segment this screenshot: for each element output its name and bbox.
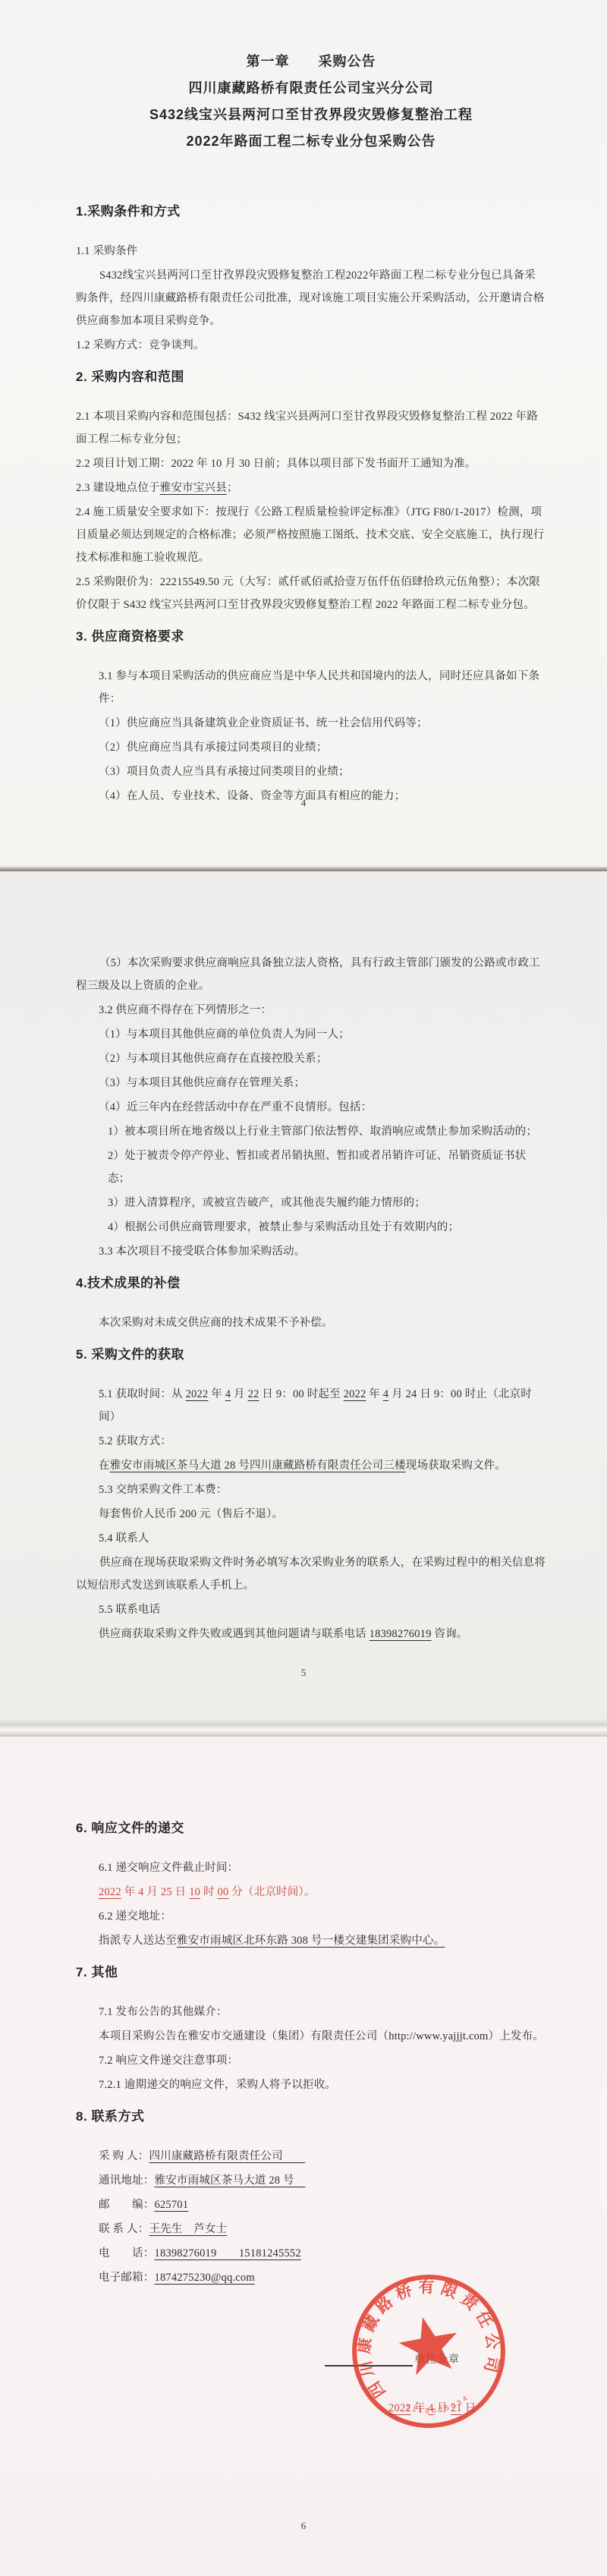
company-seal: 四川康藏路桥有限责任公司 5118025034 <box>349 2272 508 2431</box>
text-line: 6.1 递交响应文件截止时间： <box>76 1856 546 1879</box>
text-line: （1）供应商应当具备建筑业企业资质证书、统一社会信用代码等； <box>76 712 546 735</box>
text-line: 3.3 本次项目不接受联合体参加采购活动。 <box>76 1240 546 1263</box>
text-line: 邮 编：625701 <box>76 2193 546 2216</box>
text-line: 4）根据公司供应商管理要求，被禁止参与采购活动且处于有效期内的； <box>76 1216 546 1239</box>
underlined-text: 22 <box>248 1388 259 1400</box>
underlined-text: 四川康藏路桥有限责任公司 <box>149 2150 305 2162</box>
text-span: 联 系 人： <box>99 2223 149 2235</box>
text-line: 3）进入清算程序，或被宣告破产，或其他丧失履约能力情形的； <box>76 1192 546 1214</box>
text-span: 日 9：00 时起至 <box>259 1388 343 1400</box>
text-span: ； <box>227 482 238 494</box>
document-title-line: 四川康藏路桥有限责任公司宝兴分公司 <box>76 75 546 102</box>
text-line: 5.1 获取时间：从 2022 年 4 月 22 日 9：00 时起至 2022… <box>76 1383 546 1428</box>
text-line: 本次采购对未成交供应商的技术成果不予补偿。 <box>76 1312 546 1334</box>
underlined-text: 1874275230@qq.com <box>155 2272 255 2284</box>
text-line: 5.3 交纳采购文件工本费： <box>76 1479 546 1501</box>
text-line: 2.3 建设地点位于雅安市宝兴县； <box>76 477 546 499</box>
text-line: （3）与本项目其他供应商存在管理关系； <box>76 1072 546 1094</box>
text-line: 2）处于被责令停产停业、暂扣或者吊销执照、暂扣或者吊销许可证、吊销资质证书状态； <box>76 1145 546 1190</box>
underlined-text: 10 <box>189 1886 200 1898</box>
text-line: 指派专人送达至雅安市雨城区北环东路 308 号一楼交建集团采购中心。 <box>76 1929 546 1952</box>
text-span: 电 话： <box>99 2247 155 2260</box>
text-line: （5）本次采购要求供应商响应具备独立法人资格，具有行政主管部门颁发的公路或市政工… <box>76 952 546 997</box>
text-span: 在 <box>99 1460 110 1472</box>
underlined-text: 2022 <box>344 1388 366 1400</box>
seal-star-icon <box>395 2312 463 2377</box>
section-heading: 6. 响应文件的递交 <box>76 1817 546 1840</box>
text-line: （4）近三年内在经营活动中存在严重不良情形。包括： <box>76 1096 546 1119</box>
text-line: 6.2 递交地址： <box>76 1905 546 1928</box>
text-line: 3.2 供应商不得存在下列情形之一： <box>76 999 546 1022</box>
scanned-procurement-announcement: { "pages": [ { "page_number": "4", "bloc… <box>0 0 607 2576</box>
text-span: 指派专人送达至 <box>99 1935 177 1947</box>
text-span: 2.3 建设地点位于 <box>76 482 160 494</box>
text-line: 2.5 采购限价为：22215549.50 元（大写：贰仟贰佰贰拾壹万伍仟伍佰肆… <box>76 571 546 616</box>
text-span: 年 <box>366 1388 382 1400</box>
text-span: 月 <box>231 1388 247 1400</box>
text-line: 通讯地址：雅安市雨城区茶马大道 28 号 <box>76 2169 546 2192</box>
section-heading: 1.采购条件和方式 <box>76 200 546 223</box>
text-span: 时 <box>200 1886 217 1898</box>
text-line: 本项目采购公告在雅安市交通建设（集团）有限责任公司（http://www.yaj… <box>76 2025 546 2048</box>
text-line: （2）与本项目其他供应商存在直接控股关系； <box>76 1047 546 1070</box>
underlined-text: 18398276019 15181245552 <box>155 2247 301 2260</box>
section-heading: 5. 采购文件的获取 <box>76 1343 546 1366</box>
page-content: 6. 响应文件的递交6.1 递交响应文件截止时间：2022 年 4 月 25 日… <box>0 1737 607 2289</box>
page-content: 第一章 采购公告四川康藏路桥有限责任公司宝兴分公司S432线宝兴县两河口至甘孜界… <box>0 0 607 808</box>
text-line: 在雅安市雨城区茶马大道 28 号四川康藏路桥有限责任公司三楼现场获取采购文件。 <box>76 1454 546 1477</box>
section-heading: 8. 联系方式 <box>76 2105 546 2128</box>
underlined-text: 雅安市宝兴县 <box>160 482 227 494</box>
text-span: 年 4 月 25 日 <box>121 1886 189 1898</box>
underlined-text: 雅安市雨城区茶马大道 28 号四川康藏路桥有限责任公司三楼 <box>110 1460 406 1472</box>
underlined-text: 625701 <box>155 2199 189 2211</box>
document-page-1: 第一章 采购公告四川康藏路桥有限责任公司宝兴分公司S432线宝兴县两河口至甘孜界… <box>0 0 607 871</box>
text-line: （3）项目负责人应当具有承接过同类项目的业绩； <box>76 761 546 783</box>
text-span: 电子邮箱： <box>99 2272 155 2284</box>
text-line: 供应商在现场获取采购文件时务必填写本次采购业务的联系人，在采购过程中的相关信息将… <box>76 1551 546 1597</box>
text-line: 每套售价人民币 200 元（售后不退）。 <box>76 1503 546 1526</box>
text-line: 1.2 采购方式：竞争谈判。 <box>76 334 546 357</box>
text-line: 2.1 本项目采购内容和范围包括：S432 线宝兴县两河口至甘孜界段灾毁修复整治… <box>76 405 546 451</box>
text-line: 电 话：18398276019 15181245552 <box>76 2242 546 2265</box>
page-number: 5 <box>0 1667 607 1679</box>
text-span: 5.1 获取时间：从 <box>99 1388 186 1400</box>
text-line: 2.2 项目计划工期：2022 年 10 月 30 日前；具体以项目部下发书面开… <box>76 452 546 475</box>
page-number: 4 <box>0 797 607 809</box>
text-line: 5.5 联系电话 <box>76 1598 546 1621</box>
text-span: 通讯地址： <box>99 2174 155 2187</box>
text-line: 1）被本项目所在地省级以上行业主管部门依法暂停、取消响应或禁止参加采购活动的； <box>76 1120 546 1143</box>
section-heading: 2. 采购内容和范围 <box>76 366 546 389</box>
document-title-line: S432线宝兴县两河口至甘孜界段灾毁修复整治工程 <box>76 102 546 128</box>
underlined-text: 2022 <box>186 1388 209 1400</box>
text-line: 5.2 获取方式： <box>76 1430 546 1453</box>
underlined-text: 王先生 芦女士 <box>149 2223 227 2235</box>
document-title-line: 2022年路面工程二标专业分包采购公告 <box>76 128 546 155</box>
text-line: 3.1 参与本项目采购活动的供应商应当是中华人民共和国境内的法人，同时还应具备如… <box>76 665 546 710</box>
text-line: 采 购 人：四川康藏路桥有限责任公司 <box>76 2145 546 2168</box>
text-line: 7.2.1 逾期递交的响应文件，采购人将予以拒收。 <box>76 2074 546 2096</box>
text-line: 7.2 响应文件递交注意事项： <box>76 2049 546 2072</box>
document-title-line: 第一章 采购公告 <box>76 49 546 75</box>
page-number: 6 <box>0 2520 607 2532</box>
text-line: 7.1 发布公告的其他媒介： <box>76 2001 546 2023</box>
text-span: 年 <box>208 1388 225 1400</box>
text-line: 1.1 采购条件 <box>76 240 546 263</box>
text-line: 联 系 人：王先生 芦女士 <box>76 2218 546 2241</box>
text-span: 分（北京时间）。 <box>228 1886 315 1898</box>
text-line: 供应商获取采购文件失败或遇到其他问题请与联系电话 18398276019 咨询。 <box>76 1623 546 1645</box>
document-page-2: （5）本次采购要求供应商响应具备独立法人资格，具有行政主管部门颁发的公路或市政工… <box>0 871 607 1737</box>
text-line: （1）与本项目其他供应商的单位负责人为同一人； <box>76 1023 546 1046</box>
section-heading: 3. 供应商资格要求 <box>76 625 546 648</box>
text-span: 采 购 人： <box>99 2150 149 2162</box>
text-span: 现场获取采购文件。 <box>406 1460 506 1472</box>
document-page-3: 6. 响应文件的递交6.1 递交响应文件截止时间：2022 年 4 月 25 日… <box>0 1737 607 2576</box>
text-span: 邮 编： <box>99 2199 155 2211</box>
underlined-text: 2022 <box>99 1886 121 1898</box>
text-line: 5.4 联系人 <box>76 1527 546 1550</box>
text-line: （2）供应商应当具有承接过同类项目的业绩； <box>76 736 546 759</box>
underlined-text: 雅安市雨城区茶马大道 28 号 <box>155 2174 306 2187</box>
text-line: 2.4 施工质量安全要求如下：按现行《公路工程质量检验评定标准》（JTG F80… <box>76 501 546 569</box>
text-span: 咨询。 <box>432 1628 468 1640</box>
text-span: 供应商获取采购文件失败或遇到其他问题请与联系电话 <box>99 1628 370 1640</box>
section-heading: 4.技术成果的补偿 <box>76 1272 546 1295</box>
section-heading: 7. 其他 <box>76 1961 546 1984</box>
text-line: 2022 年 4 月 25 日 10 时 00 分（北京时间）。 <box>76 1881 546 1904</box>
underlined-text: 雅安市雨城区北环东路 308 号一楼交建集团采购中心。 <box>177 1935 445 1947</box>
underlined-text: 00 <box>217 1886 228 1898</box>
page-content: （5）本次采购要求供应商响应具备独立法人资格，具有行政主管部门颁发的公路或市政工… <box>0 871 607 1645</box>
underlined-text: 18398276019 <box>370 1628 432 1640</box>
text-line: S432线宝兴县两河口至甘孜界段灾毁修复整治工程2022年路面工程二标专业分包已… <box>76 264 546 332</box>
